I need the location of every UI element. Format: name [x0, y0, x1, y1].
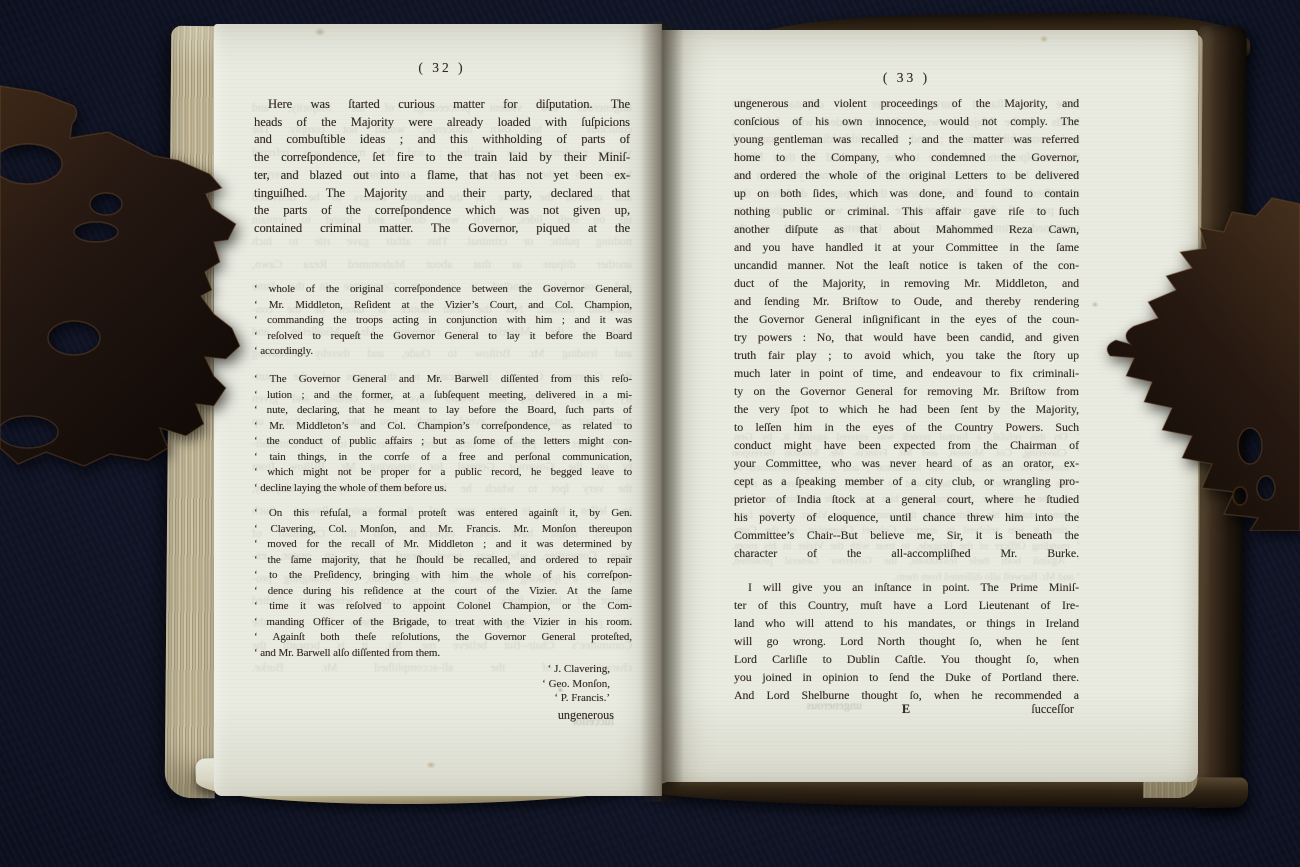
text-line: ‘ reſolved to requeſt the Governor Gener… [254, 329, 632, 345]
page-32-footnote-1: ‘ whole of the original correſpondence b… [254, 282, 632, 360]
text-line: ‘ and Mr. Barwell alſo diſſented from th… [254, 646, 632, 662]
text-line: ‘ commanding the troops acting in conjun… [254, 313, 632, 329]
text-line: tinguiſhed. The Majority and their party… [254, 185, 630, 203]
text-line: up on both ſides, which was done, and fo… [734, 184, 1079, 202]
text-line: conſcious of his own innocence, would no… [734, 112, 1079, 130]
text-line: another diſpute as that about Mahommed R… [734, 220, 1079, 238]
text-line: ‘ Mr. Middleton’s and Col. Champion’s co… [254, 419, 632, 435]
text-line: ‘ J. Clavering, [254, 662, 610, 677]
text-line: ‘ decline laying the whole of them befor… [254, 481, 632, 497]
text-line: Committee’s Chair--But believe me, Sir, … [734, 526, 1079, 544]
page-33-catchword: ſucceſſor [734, 702, 1074, 717]
text-line: your Committee, who was never heard of a… [734, 454, 1079, 472]
text-line: ‘ dence during his reſidence at the cour… [254, 584, 632, 600]
text-line: ‘ lution ; and the former, at a ſubſeque… [254, 388, 632, 404]
text-line: the correſpondence, ſet fire to the trai… [254, 149, 630, 167]
text-line: the very ſpot to which he had been ſent … [734, 400, 1079, 418]
text-line: land who will attend to his mandates, or… [734, 614, 1079, 632]
text-line: ‘ Againſt both theſe reſolutions, the Go… [254, 630, 632, 646]
text-line: nothing public or criminal. This affair … [734, 202, 1079, 220]
text-line: ‘ time it was reſolved to appoint Colone… [254, 599, 632, 615]
text-line: ‘ tain things, in the corrſe of a free a… [254, 450, 632, 466]
text-line: character of the all-accompliſhed Mr. Bu… [734, 544, 1079, 562]
photograph-of-open-book: ungenerous and violent proceedings of th… [0, 0, 1300, 867]
text-line: uncandid manner. Not the leaſt notice is… [734, 256, 1079, 274]
page-number-33: ( 33 ) [734, 70, 1079, 86]
text-line: his poverty of eloquence, until chance t… [734, 508, 1079, 526]
text-line: ‘ On this refuſal, a formal proteſt was … [254, 506, 632, 522]
text-line: conduct might have been expected from th… [734, 436, 1079, 454]
text-line: ty on the Governor General for removing … [734, 382, 1079, 400]
text-line: ‘ Mr. Middleton, Reſident at the Vizier’… [254, 298, 632, 314]
page-32-body-paragraph: Here was ſtarted curious matter for diſp… [254, 96, 630, 238]
text-line: duct of the Majority, in removing Mr. Mi… [734, 274, 1079, 292]
text-line: ‘ Clavering, Col. Monſon, and Mr. Franci… [254, 522, 632, 538]
text-line: cept as a ſpeaking member of a city club… [734, 472, 1079, 490]
text-line: ‘ the conduct of public affairs ; but as… [254, 434, 632, 450]
page-number-32: ( 32 ) [254, 60, 630, 76]
text-line: contained criminal matter. The Governor,… [254, 220, 630, 238]
text-line: the parts of the correſpondence which wa… [254, 202, 630, 220]
page-32-catchword: ungenerous [254, 708, 614, 723]
page-32: ungenerous and violent proceedings of th… [214, 24, 662, 796]
text-line: ‘ Geo. Monſon, [254, 677, 610, 692]
page-32-footnote-2: ‘ The Governor General and Mr. Barwell d… [254, 372, 632, 496]
text-line: home to the Company, who condemned the G… [734, 148, 1079, 166]
metal-clasp-ornament-right [1100, 196, 1300, 531]
text-line: ‘ The Governor General and Mr. Barwell d… [254, 372, 632, 388]
text-line: you joined in opinion to ſend the Duke o… [734, 668, 1079, 686]
text-line: Here was ſtarted curious matter for diſp… [254, 96, 630, 114]
text-line: will go wrong. Lord North thought ſo, wh… [734, 632, 1079, 650]
text-line: the Governor General inſignificant in th… [734, 310, 1079, 328]
text-line: heads of the Majority were already loade… [254, 114, 630, 132]
text-line: ‘ P. Francis.’ [254, 691, 610, 706]
text-line: ter, and blazed out into a flame, that h… [254, 167, 630, 185]
text-line: Lord Carliſle to Dublin Caſtle. You thou… [734, 650, 1079, 668]
text-line: ‘ nute, declaring, that he meant to lay … [254, 403, 632, 419]
text-line: try powers : No, that would have been ca… [734, 328, 1079, 346]
metal-clasp-ornament-left [0, 76, 250, 496]
text-line: and ſending Mr. Briſtow to Oude, and the… [734, 292, 1079, 310]
page-33-paragraph-1: ungenerous and violent proceedings of th… [734, 94, 1079, 562]
text-line: and you have handled it at your Committe… [734, 238, 1079, 256]
text-line: ter of this Country, muſt have a Lord Li… [734, 596, 1079, 614]
text-line: ‘ to the Preſidency, bringing with him t… [254, 568, 632, 584]
text-line: and ordered the whole of the original Le… [734, 166, 1079, 184]
text-line: truth fair play ; to avoid which, you ta… [734, 346, 1079, 364]
text-line: ‘ whole of the original correſpondence b… [254, 282, 632, 298]
text-line: ungenerous and violent proceedings of th… [734, 94, 1079, 112]
text-line: prietor of India ſtock at a general cour… [734, 490, 1079, 508]
text-line: another diſpute as that about Mahommed R… [252, 253, 632, 275]
text-line: ‘ the ſame majority, that he ſhould be r… [254, 553, 632, 569]
text-line: ‘ accordingly. [254, 344, 632, 360]
text-line: to leſſen him in the eyes of the Country… [734, 418, 1079, 436]
text-line: I will give you an inſtance in point. Th… [734, 578, 1079, 596]
text-line: young gentleman was recalled ; and the m… [734, 130, 1079, 148]
page-32-signatures: ‘ J. Clavering,‘ Geo. Monſon,‘ P. Franci… [254, 662, 610, 706]
page-32-footnote-3: ‘ On this refuſal, a formal proteſt was … [254, 506, 632, 661]
text-line: ‘ manding Officer of the Brigade, to tre… [254, 615, 632, 631]
page-33-paragraph-2: I will give you an inſtance in point. Th… [734, 578, 1079, 704]
text-line: ‘ moved for the recall of Mr. Middleton … [254, 537, 632, 553]
text-line: ‘ which might not be proper for a public… [254, 465, 632, 481]
text-line: and combuſtible ideas ; and this withhol… [254, 131, 630, 149]
text-line: much later in point of time, and endeavo… [734, 364, 1079, 382]
